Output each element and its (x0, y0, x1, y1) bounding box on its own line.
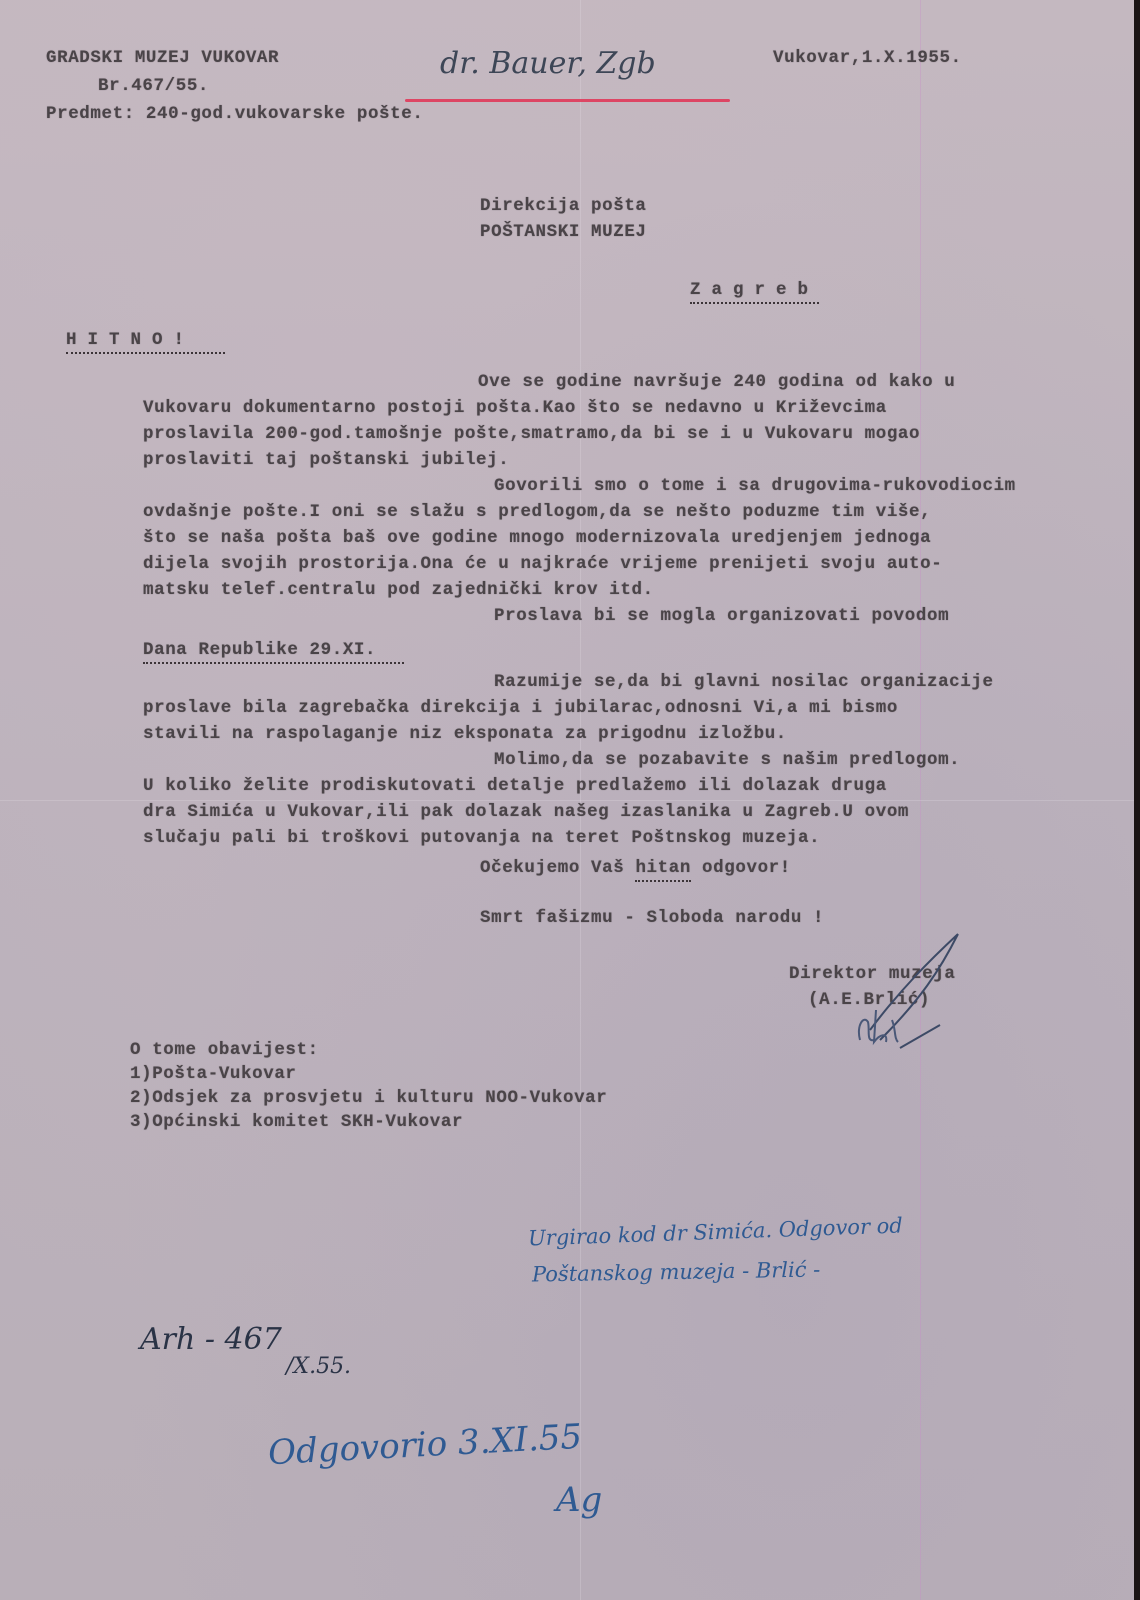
body-line: matsku telef.centralu pod zajednički kro… (143, 580, 654, 600)
body-line: Razumije se,da bi glavni nosilac organiz… (494, 672, 994, 692)
document-page: GRADSKI MUZEJ VUKOVAR Br.467/55. Predmet… (0, 0, 1134, 1600)
body-line: dra Simića u Vukovar,ili pak dolazak naš… (143, 802, 909, 822)
body-line: proslave bila zagrebačka direkcija i jub… (143, 698, 898, 718)
closing-line: Očekujemo Vaš hitan odgovor! (480, 858, 791, 878)
body-line: U koliko želite prodiskutovati detalje p… (143, 776, 887, 796)
slogan: Smrt fašizmu - Sloboda narodu ! (480, 908, 824, 928)
handwritten-note-line2: Poštanskog muzeja - Brlić - (532, 1257, 821, 1286)
body-line: ovdašnje pošte.I oni se slažu s predlogo… (143, 502, 931, 522)
reference-number: Br.467/55. (98, 76, 209, 96)
distribution-heading: O tome obavijest: (130, 1040, 319, 1060)
handwritten-file-number: Arh - 467 (140, 1322, 282, 1357)
body-line: stavili na raspolaganje niz eksponata za… (143, 724, 787, 744)
handwritten-initials: Ag (556, 1480, 602, 1520)
handwritten-addressee: dr. Bauer, Zgb (440, 46, 656, 81)
distribution-item: 2)Odsjek za prosvjetu i kulturu NOO-Vuko… (130, 1088, 607, 1108)
body-line: proslavila 200-god.tamošnje pošte,smatra… (143, 424, 920, 444)
body-line: Proslava bi se mogla organizovati povodo… (494, 606, 949, 626)
body-line: Ove se godine navršuje 240 godina od kak… (478, 372, 955, 392)
recipient-city: Zagreb (690, 280, 819, 304)
urgent-label: HITNO! (66, 330, 225, 354)
subject-line: Predmet: 240-god.vukovarske pošte. (46, 104, 423, 124)
body-line: Govorili smo o tome i sa drugovima-rukov… (494, 476, 1016, 496)
distribution-item: 1)Pošta-Vukovar (130, 1064, 297, 1084)
handwritten-file-date: /X.55. (286, 1354, 351, 1379)
handwritten-answered-note: Odgovorio 3.XI.55 (267, 1417, 583, 1473)
handwritten-note-line1: Urgirao kod dr Simića. Odgovor od (528, 1213, 903, 1250)
red-pencil-underline (405, 99, 730, 102)
body-line: proslaviti taj poštanski jubilej. (143, 450, 509, 470)
institution-name: GRADSKI MUZEJ VUKOVAR (46, 48, 279, 68)
body-line: slučaju pali bi troškovi putovanja na te… (143, 828, 820, 848)
paper-fold (0, 800, 1134, 801)
body-line: što se naša pošta baš ove godine mnogo m… (143, 528, 931, 548)
recipient-line2: POŠTANSKI MUZEJ (480, 222, 647, 242)
distribution-item: 3)Općinski komitet SKH-Vukovar (130, 1112, 463, 1132)
recipient-line1: Direkcija pošta (480, 196, 647, 216)
body-line: Molimo,da se pozabavite s našim predlogo… (494, 750, 960, 770)
emphasis-hitan: hitan (635, 858, 691, 882)
body-line-underlined: Dana Republike 29.XI. (143, 640, 404, 664)
body-line: Vukovaru dokumentarno postoji pošta.Kao … (143, 398, 887, 418)
body-line: dijela svojih prostorija.Ona će u najkra… (143, 554, 942, 574)
place-date: Vukovar,1.X.1955. (773, 48, 962, 68)
handwritten-signature (840, 930, 980, 1060)
